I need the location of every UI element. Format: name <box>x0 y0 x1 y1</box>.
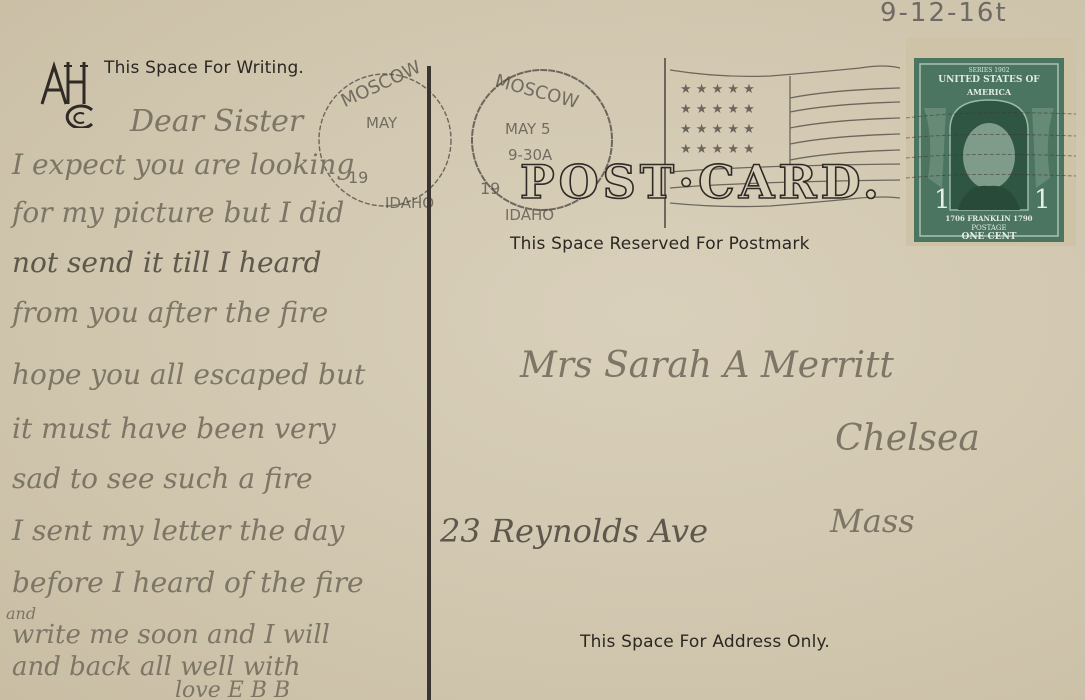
svg-text:UNITED STATES OF: UNITED STATES OF <box>938 75 1040 85</box>
postcard-back: 9-12-16t This Space For Writing. MOSCOW … <box>0 0 1085 700</box>
message-line: I expect you are looking <box>12 148 354 181</box>
svg-text:19: 19 <box>480 179 500 198</box>
address-name: Mrs Sarah A Merritt <box>520 345 894 386</box>
svg-text:MAY 5: MAY 5 <box>505 120 551 138</box>
message-line: from you after the fire <box>12 296 328 329</box>
svg-text:★ ★ ★ ★ ★: ★ ★ ★ ★ ★ <box>680 82 755 97</box>
message-line: for my picture but I did <box>12 196 344 229</box>
message-line: not send it till I heard <box>12 246 322 279</box>
franklin-stamp-icon: SERIES 1902 UNITED STATES OF AMERICA 1 1… <box>906 38 1076 246</box>
message-line: hope you all escaped but <box>12 358 365 391</box>
svg-text:SERIES 1902: SERIES 1902 <box>968 67 1009 74</box>
address-city: Chelsea <box>835 418 980 459</box>
message-line: it must have been very <box>12 412 336 445</box>
postmark-space-label: This Space Reserved For Postmark <box>510 234 810 254</box>
svg-text:POSTAGE: POSTAGE <box>971 224 1006 232</box>
message-line: sad to see such a fire <box>12 462 313 495</box>
svg-text:1: 1 <box>934 185 951 215</box>
svg-text:MAY: MAY <box>366 114 398 132</box>
center-divider-line <box>427 66 431 700</box>
svg-text:1706 FRANKLIN 1790: 1706 FRANKLIN 1790 <box>945 214 1032 223</box>
address-street: 23 Reynolds Ave <box>440 512 708 550</box>
message-line: before I heard of the fire <box>12 566 364 599</box>
message-signature: love E B B <box>175 678 290 700</box>
postcard-title: POST·CARD. <box>520 155 883 209</box>
svg-text:ONE CENT: ONE CENT <box>961 232 1016 242</box>
svg-text:MOSCOW: MOSCOW <box>493 71 581 114</box>
postmark-cancellation-icon: MOSCOW MAY 19 IDAHO MOSCOW MAY 5 9-30A 1… <box>300 48 900 248</box>
svg-text:★ ★ ★ ★ ★: ★ ★ ★ ★ ★ <box>680 102 755 117</box>
svg-text:1: 1 <box>1034 185 1051 215</box>
postage-stamp: SERIES 1902 UNITED STATES OF AMERICA 1 1… <box>906 38 1076 246</box>
message-line: write me soon and I will <box>12 620 330 650</box>
address-space-label: This Space For Address Only. <box>580 632 830 652</box>
svg-text:AMERICA: AMERICA <box>966 87 1012 97</box>
svg-text:★ ★ ★ ★ ★: ★ ★ ★ ★ ★ <box>680 122 755 137</box>
pencil-note: 9-12-16t <box>880 0 1008 28</box>
writing-space-label: This Space For Writing. <box>104 58 304 78</box>
publisher-monogram-icon <box>38 52 102 128</box>
message-salutation: Dear Sister <box>130 104 303 139</box>
address-state: Mass <box>830 502 915 540</box>
message-line: I sent my letter the day <box>12 514 344 547</box>
